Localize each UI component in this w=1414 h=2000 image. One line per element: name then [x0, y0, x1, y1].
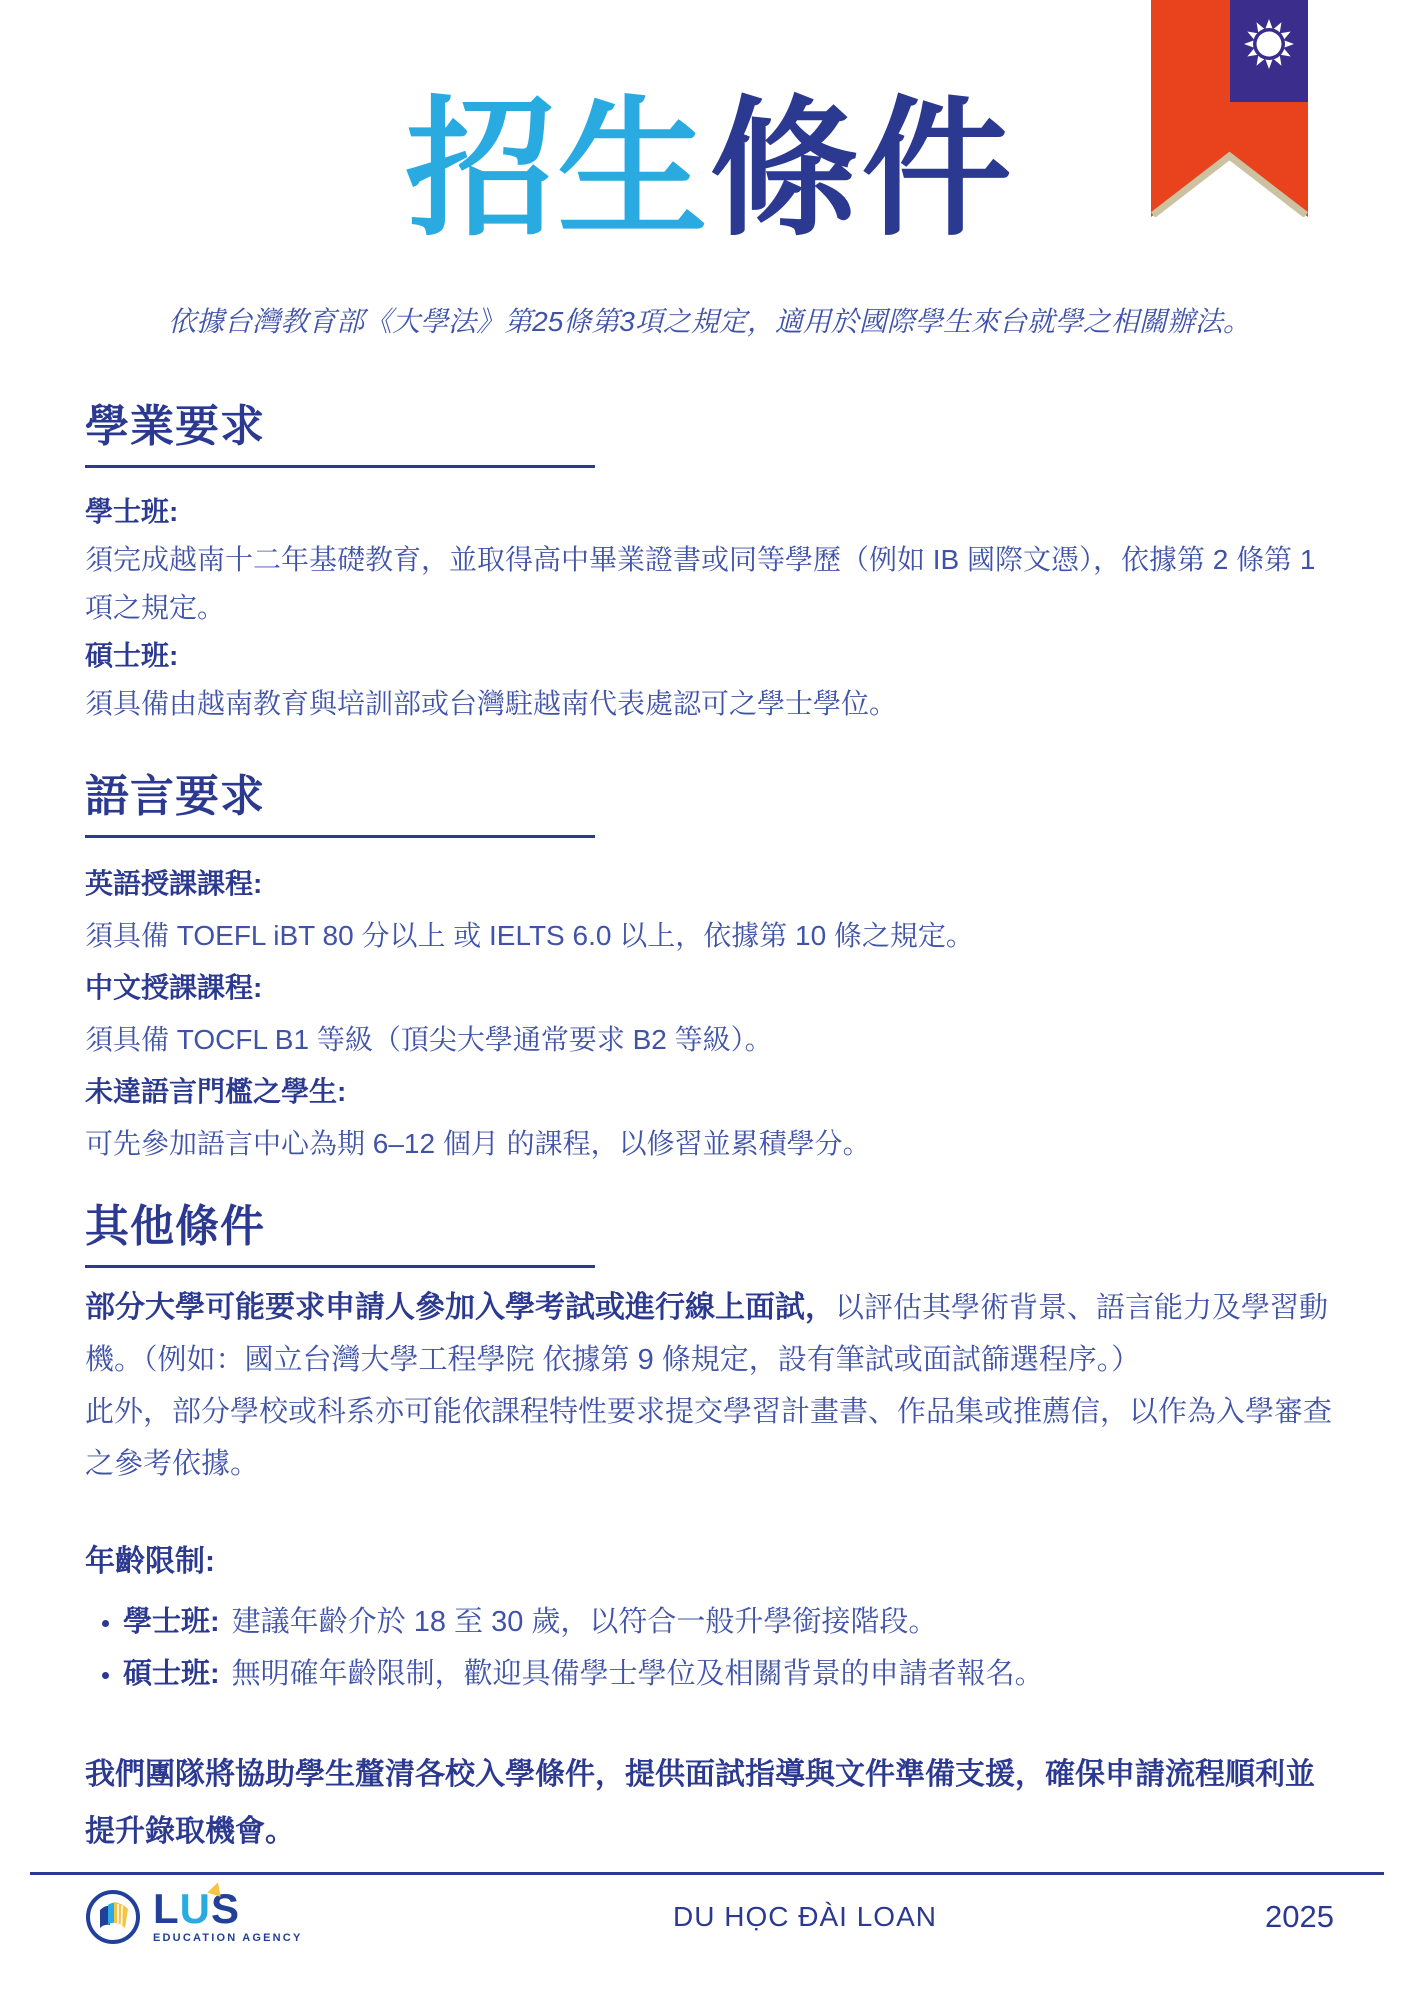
taiwan-flag-ribbon-icon — [1151, 0, 1308, 217]
section-heading: 學業要求 — [85, 402, 1334, 452]
language-items: 英語授課課程: 須具備 TOEFL iBT 80 分以上 或 IELTS 6.0… — [85, 858, 1334, 1170]
age-limit-list: 學士班:建議年齡介於 18 至 30 歲，以符合一般升學銜接階段。 碩士班:無明… — [85, 1596, 1334, 1700]
brand-letter: L — [153, 1885, 180, 1932]
poster-page: 招生條件 依據台灣教育部《大學法》第25條第3項之規定，適用於國際學生來台就學之… — [0, 0, 1414, 2000]
item-text: 須完成越南十二年基礎教育，並取得高中畢業證書或同等學歷（例如 IB 國際文憑），… — [85, 536, 1334, 632]
item-text: 可先參加語言中心為期 6–12 個月 的課程，以修習並累積學分。 — [85, 1118, 1334, 1170]
section-heading: 語言要求 — [85, 772, 1334, 822]
age-limit-label: 年齡限制: — [85, 1544, 1334, 1580]
footer-center-text: DU HỌC ĐÀI LOAN — [345, 1901, 1265, 1933]
paragraph-bold-lead: 部分大學可能要求申請人參加入學考試或進行線上面試， — [85, 1291, 835, 1324]
section-heading: 其他條件 — [85, 1202, 1334, 1252]
open-book-logo-icon — [85, 1889, 141, 1945]
list-item: 碩士班:無明確年齡限制，歡迎具備學士學位及相關背景的申請者報名。 — [123, 1648, 1334, 1700]
closing-statement: 我們團隊將協助學生釐清各校入學條件，提供面試指導與文件準備支援，確保申請流程順利… — [85, 1746, 1334, 1860]
lus-wordmark: LUS EDUCATION AGENCY — [153, 1889, 302, 1944]
item-label: 碩士班: — [85, 632, 1334, 680]
item-text: 須具備由越南教育與培訓部或台灣駐越南代表處認可之學士學位。 — [85, 680, 1334, 728]
list-item: 學士班:建議年齡介於 18 至 30 歲，以符合一般升學銜接階段。 — [123, 1596, 1334, 1648]
item-label: 未達語言門檻之學生: — [85, 1066, 1334, 1118]
item-text: 須具備 TOEFL iBT 80 分以上 或 IELTS 6.0 以上，依據第 … — [85, 910, 1334, 962]
heading-underline — [85, 1265, 595, 1268]
footer: LUS EDUCATION AGENCY DU HỌC ĐÀI LOAN 202… — [85, 1889, 1334, 1945]
title-part-dark: 條件 — [710, 85, 1014, 253]
bullet-text: 建議年齡介於 18 至 30 歲，以符合一般升學銜接階段。 — [232, 1606, 938, 1638]
bullet-text: 無明確年齡限制，歡迎具備學士學位及相關背景的申請者報名。 — [232, 1658, 1044, 1690]
subtitle: 依據台灣教育部《大學法》第25條第3項之規定，適用於國際學生來台就學之相關辦法。 — [85, 304, 1334, 340]
heading-underline — [85, 465, 595, 468]
bullet-label: 學士班: — [123, 1606, 220, 1638]
lus-logo: LUS EDUCATION AGENCY — [85, 1889, 345, 1945]
paragraph-text: 此外，部分學校或科系亦可能依課程特性要求提交學習計畫書、作品集或推薦信，以作為入… — [85, 1396, 1332, 1480]
item-label: 英語授課課程: — [85, 858, 1334, 910]
section-language-requirements: 語言要求 英語授課課程: 須具備 TOEFL iBT 80 分以上 或 IELT… — [85, 772, 1334, 1170]
item-label: 學士班: — [85, 488, 1334, 536]
brand-subtitle: EDUCATION AGENCY — [153, 1932, 302, 1944]
footer-divider — [30, 1872, 1384, 1875]
heading-underline — [85, 835, 595, 838]
item-label: 中文授課課程: — [85, 962, 1334, 1014]
footer-year: 2025 — [1265, 1899, 1334, 1935]
title-part-light: 招生 — [405, 85, 709, 253]
page-title: 招生條件 — [85, 0, 1334, 248]
section-other-conditions: 其他條件 部分大學可能要求申請人參加入學考試或進行線上面試，以評估其學術背景、語… — [85, 1202, 1334, 1700]
bullet-label: 碩士班: — [123, 1658, 220, 1690]
item-text: 須具備 TOCFL B1 等級（頂尖大學通常要求 B2 等級）。 — [85, 1014, 1334, 1066]
section-academic-requirements: 學業要求 學士班: 須完成越南十二年基礎教育，並取得高中畢業證書或同等學歷（例如… — [85, 402, 1334, 728]
academic-items: 學士班: 須完成越南十二年基礎教育，並取得高中畢業證書或同等學歷（例如 IB 國… — [85, 488, 1334, 728]
other-conditions-paragraph: 部分大學可能要求申請人參加入學考試或進行線上面試，以評估其學術背景、語言能力及學… — [85, 1282, 1334, 1490]
